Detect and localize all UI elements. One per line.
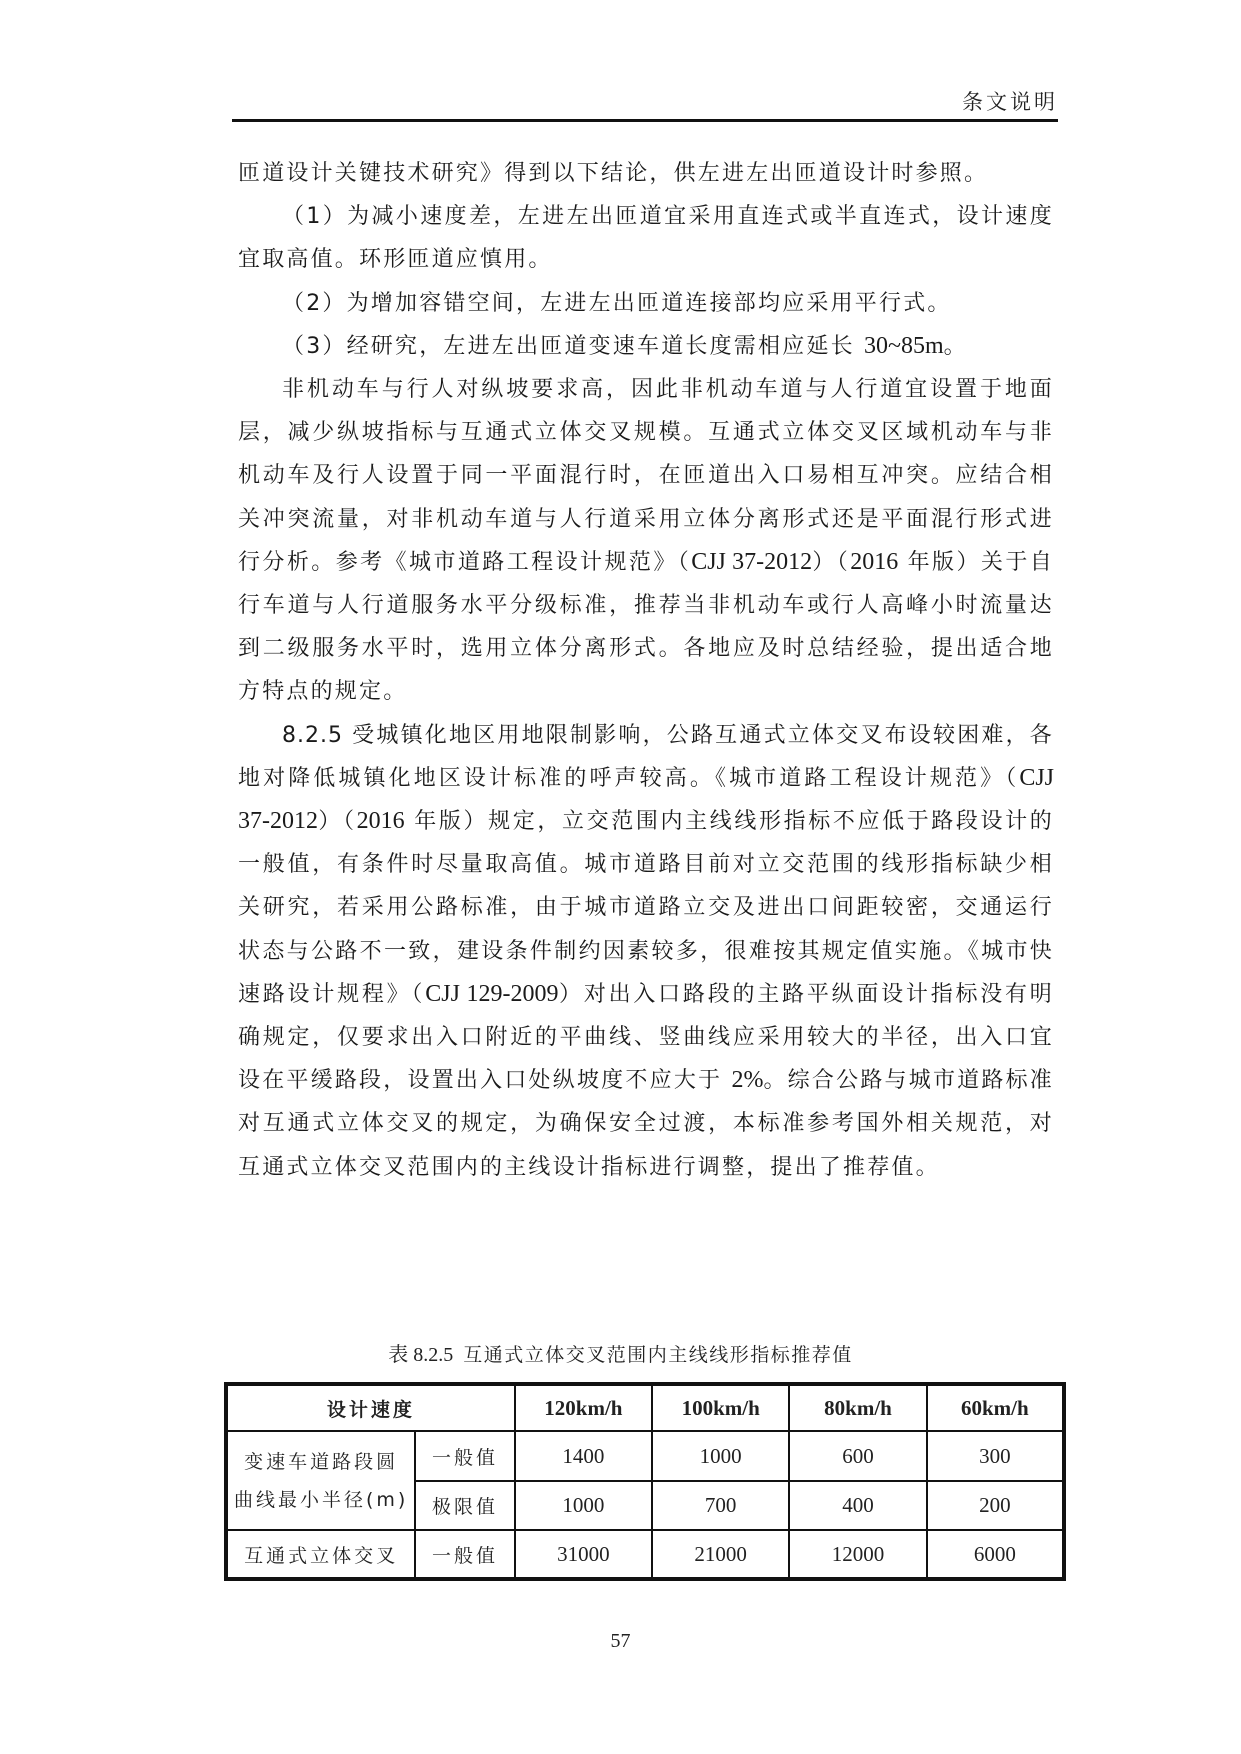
edition-year: 2016 xyxy=(850,549,898,575)
text-run: ）（ xyxy=(812,550,850,575)
text-run: 年版）规定，立交范围内主线线形指标不应低于路段设计的一般值，有条件时尽量取高值。… xyxy=(238,809,1054,1007)
cell-value: 700 xyxy=(652,1481,789,1531)
cell-value: 21000 xyxy=(652,1530,789,1579)
clause-number: 8.2.5 xyxy=(282,723,343,748)
table-row: 互通式立体交叉 一般值 31000 21000 12000 6000 xyxy=(226,1530,1064,1579)
running-header-section-title: 条文说明 xyxy=(962,86,1058,116)
header-divider xyxy=(232,119,1058,122)
edition-year: 2016 xyxy=(357,808,405,834)
paragraph-continuation: 匝道设计关键技术研究》得到以下结论，供左进左出匝道设计时参照。 xyxy=(238,152,1054,195)
standard-code: CJJ 129-2009 xyxy=(425,981,558,1007)
text-run: 非机动车与行人对纵坡要求高，因此非机动车道与人行道宜设置于地面层，减少纵坡指标与… xyxy=(238,377,1054,575)
row-group-line-1: 变速车道路段圆 xyxy=(244,1451,398,1473)
row-type: 一般值 xyxy=(415,1530,514,1579)
cell-value: 200 xyxy=(927,1481,1064,1531)
table-header-row: 设计速度 120km/h 100km/h 80km/h 60km/h xyxy=(226,1384,1064,1431)
header-speed-60: 60km/h xyxy=(927,1384,1064,1431)
cell-value: 12000 xyxy=(789,1530,926,1579)
cell-value: 600 xyxy=(789,1431,926,1481)
cell-value: 1400 xyxy=(515,1431,652,1481)
cell-value: 300 xyxy=(927,1431,1064,1481)
table-caption: 表 8.2.5互通式立体交叉范围内主线线形指标推荐值 xyxy=(0,1338,1241,1367)
length-range: 30~85m xyxy=(864,333,944,359)
clause-8-2-5: 8.2.5 受城镇化地区用地限制影响，公路互通式立体交叉布设较困难，各地对降低城… xyxy=(238,714,1054,1189)
list-item-3: （3）经研究，左进左出匝道变速车道长度需相应延长 30~85m。 xyxy=(238,325,1054,368)
header-speed-80: 80km/h xyxy=(789,1384,926,1431)
header-design-speed: 设计速度 xyxy=(226,1384,515,1431)
body-text: 匝道设计关键技术研究》得到以下结论，供左进左出匝道设计时参照。 （1）为减小速度… xyxy=(238,152,1054,1189)
row-type: 一般值 xyxy=(415,1431,514,1481)
cell-value: 31000 xyxy=(515,1530,652,1579)
design-index-table: 设计速度 120km/h 100km/h 80km/h 60km/h 变速车道路… xyxy=(224,1382,1066,1581)
table-row: 变速车道路段圆曲线最小半径(m) 一般值 1400 1000 600 300 xyxy=(226,1431,1064,1481)
cell-value: 6000 xyxy=(927,1530,1064,1579)
standard-code: CJJ 37-2012 xyxy=(691,549,812,575)
page-number: 57 xyxy=(0,1630,1241,1653)
paragraph-nonmotorized: 非机动车与行人对纵坡要求高，因此非机动车道与人行道宜设置于地面层，减少纵坡指标与… xyxy=(238,368,1054,714)
table-number: 表 8.2.5 xyxy=(388,1344,453,1366)
row-type: 极限值 xyxy=(415,1481,514,1531)
row-group-curve-radius: 变速车道路段圆曲线最小半径(m) xyxy=(226,1431,415,1530)
list-item-3-text: （3）经研究，左进左出匝道变速车道长度需相应延长 xyxy=(282,334,864,359)
header-speed-100: 100km/h xyxy=(652,1384,789,1431)
grade-limit: 2% xyxy=(731,1067,763,1093)
header-speed-120: 120km/h xyxy=(515,1384,652,1431)
list-item-1: （1）为减小速度差，左进左出匝道宜采用直连式或半直连式，设计速度宜取高值。环形匝… xyxy=(238,195,1054,281)
list-item-3-end: 。 xyxy=(944,334,968,359)
text-run: 受城镇化地区用地限制影响，公路互通式立体交叉布设较困难，各地对降低城镇化地区设计… xyxy=(238,723,1054,791)
row-group-line-2: 曲线最小半径(m) xyxy=(234,1489,408,1511)
cell-value: 400 xyxy=(789,1481,926,1531)
text-run: ）（ xyxy=(318,809,357,834)
list-item-2: （2）为增加容错空间，左进左出匝道连接部均应采用平行式。 xyxy=(238,282,1054,325)
row-group-interchange: 互通式立体交叉 xyxy=(226,1530,415,1579)
cell-value: 1000 xyxy=(515,1481,652,1531)
table-title: 互通式立体交叉范围内主线线形指标推荐值 xyxy=(463,1344,853,1366)
cell-value: 1000 xyxy=(652,1431,789,1481)
